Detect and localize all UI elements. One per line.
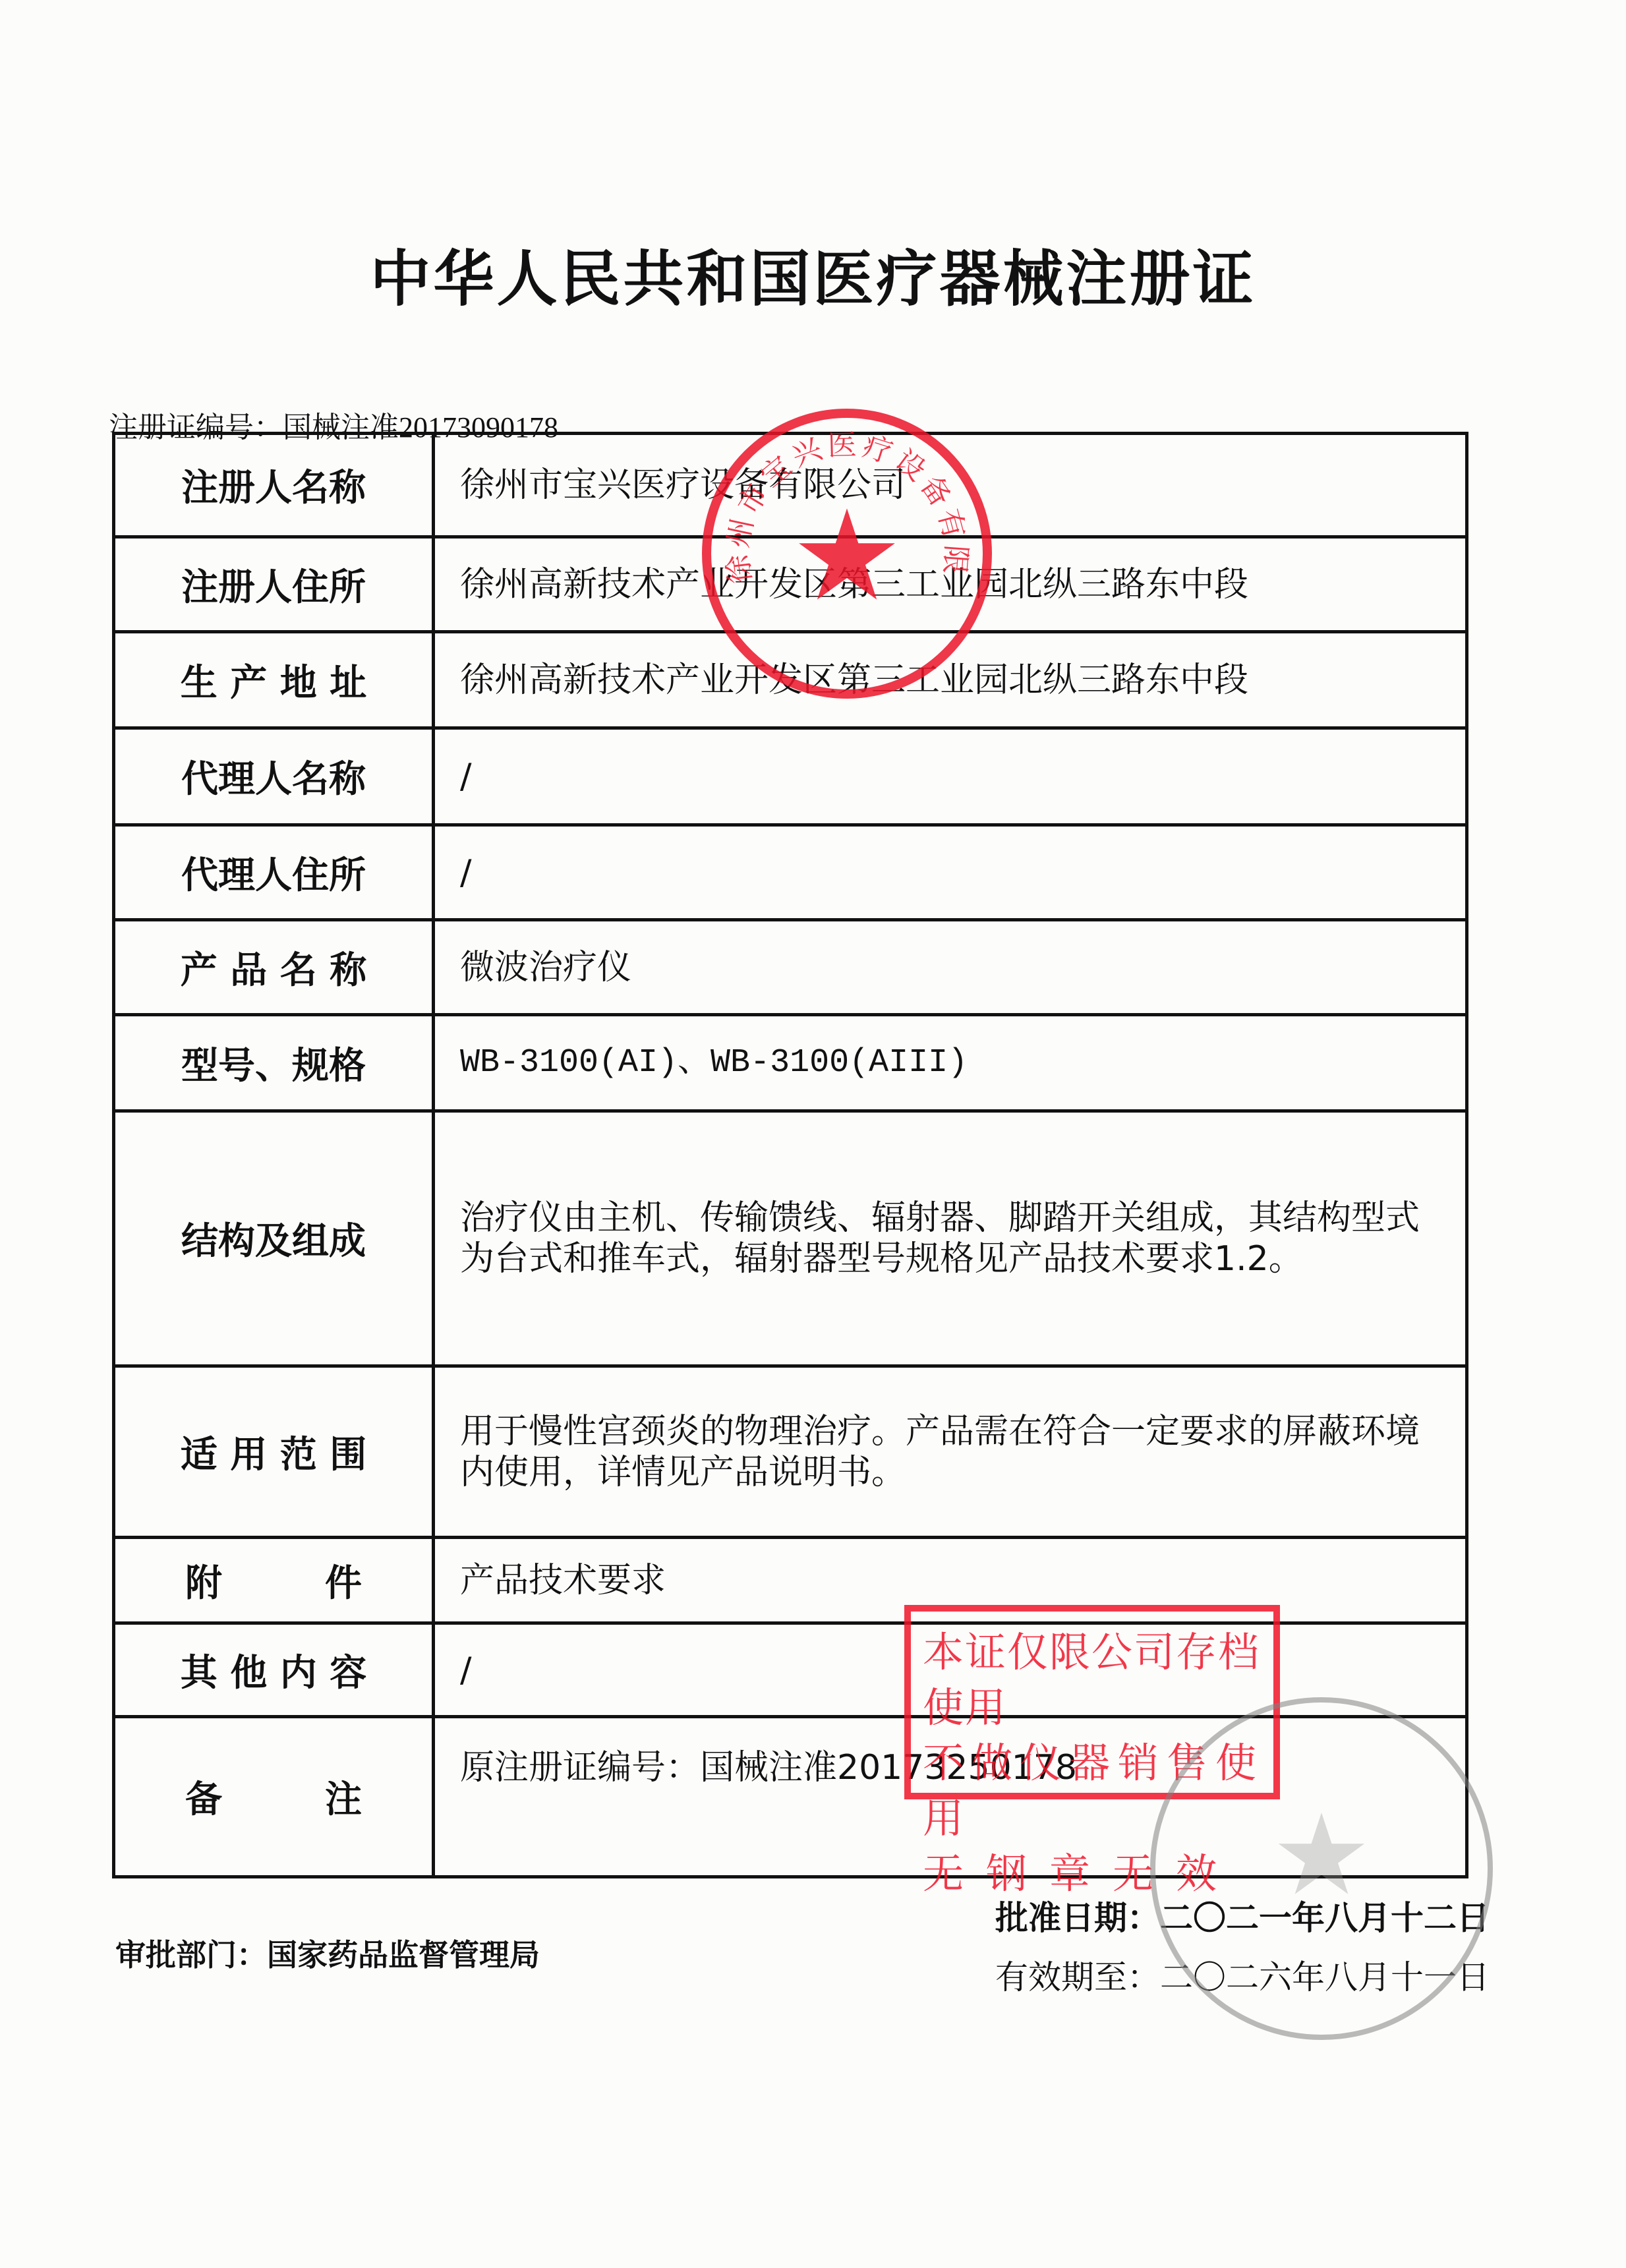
document-title: 中华人民共和国医疗器械注册证 bbox=[0, 231, 1626, 318]
table-row-other: 其 他 内 容 / bbox=[114, 1623, 1467, 1717]
table-row-registrant-address: 注册人住所 徐州高新技术产业开发区第三工业园北纵三路东中段 bbox=[114, 537, 1467, 632]
row-label: 代理人名称 bbox=[114, 728, 434, 825]
row-value: 用于慢性宫颈炎的物理治疗。产品需在符合一定要求的屏蔽环境内使用，详情见产品说明书… bbox=[434, 1366, 1467, 1538]
row-label: 产 品 名 称 bbox=[114, 920, 434, 1015]
table-row-product-name: 产 品 名 称 微波治疗仪 bbox=[114, 920, 1467, 1015]
row-value: / bbox=[434, 825, 1467, 920]
row-value: / bbox=[434, 728, 1467, 825]
table-row-structure: 结构及组成 治疗仪由主机、传输馈线、辐射器、脚踏开关组成，其结构型式为台式和推车… bbox=[114, 1111, 1467, 1366]
table-row-attachments: 附 件 产品技术要求 bbox=[114, 1538, 1467, 1623]
row-value: WB-3100(AI)、WB-3100(AIII) bbox=[434, 1015, 1467, 1111]
row-label: 备 注 bbox=[114, 1717, 434, 1877]
row-label: 注册人名称 bbox=[114, 434, 434, 537]
table-row-remarks: 备 注 原注册证编号：国械注准20173250178 bbox=[114, 1717, 1467, 1877]
row-value: 徐州高新技术产业开发区第三工业园北纵三路东中段 bbox=[434, 537, 1467, 632]
row-value: 治疗仪由主机、传输馈线、辐射器、脚踏开关组成，其结构型式为台式和推车式，辐射器型… bbox=[434, 1111, 1467, 1366]
approval-date: 批准日期：二〇二一年八月十二日 bbox=[995, 1892, 1490, 1939]
row-label: 适 用 范 围 bbox=[114, 1366, 434, 1538]
row-label: 附 件 bbox=[114, 1538, 434, 1623]
row-label: 结构及组成 bbox=[114, 1111, 434, 1366]
row-label: 代理人住所 bbox=[114, 825, 434, 920]
row-value: 原注册证编号：国械注准20173250178 bbox=[434, 1717, 1467, 1877]
row-label: 生 产 地 址 bbox=[114, 632, 434, 728]
table-row-agent-name: 代理人名称 / bbox=[114, 728, 1467, 825]
table-row-production-address: 生 产 地 址 徐州高新技术产业开发区第三工业园北纵三路东中段 bbox=[114, 632, 1467, 728]
table-row-registrant-name: 注册人名称 徐州市宝兴医疗设备有限公司 bbox=[114, 434, 1467, 537]
row-value: 徐州市宝兴医疗设备有限公司 bbox=[434, 434, 1467, 537]
row-label: 注册人住所 bbox=[114, 537, 434, 632]
row-label: 其 他 内 容 bbox=[114, 1623, 434, 1717]
row-label: 型号、规格 bbox=[114, 1015, 434, 1111]
row-value: / bbox=[434, 1623, 1467, 1717]
row-value: 徐州高新技术产业开发区第三工业园北纵三路东中段 bbox=[434, 632, 1467, 728]
valid-until: 有效期至：二〇二六年八月十一日 bbox=[995, 1951, 1490, 1998]
row-value: 产品技术要求 bbox=[434, 1538, 1467, 1623]
table-row-agent-address: 代理人住所 / bbox=[114, 825, 1467, 920]
certificate-table: 注册人名称 徐州市宝兴医疗设备有限公司 注册人住所 徐州高新技术产业开发区第三工… bbox=[112, 432, 1468, 1878]
table-row-model-spec: 型号、规格 WB-3100(AI)、WB-3100(AIII) bbox=[114, 1015, 1467, 1111]
row-value: 微波治疗仪 bbox=[434, 920, 1467, 1015]
table-row-scope: 适 用 范 围 用于慢性宫颈炎的物理治疗。产品需在符合一定要求的屏蔽环境内使用，… bbox=[114, 1366, 1467, 1538]
approval-department: 审批部门：国家药品监督管理局 bbox=[115, 1931, 540, 1975]
